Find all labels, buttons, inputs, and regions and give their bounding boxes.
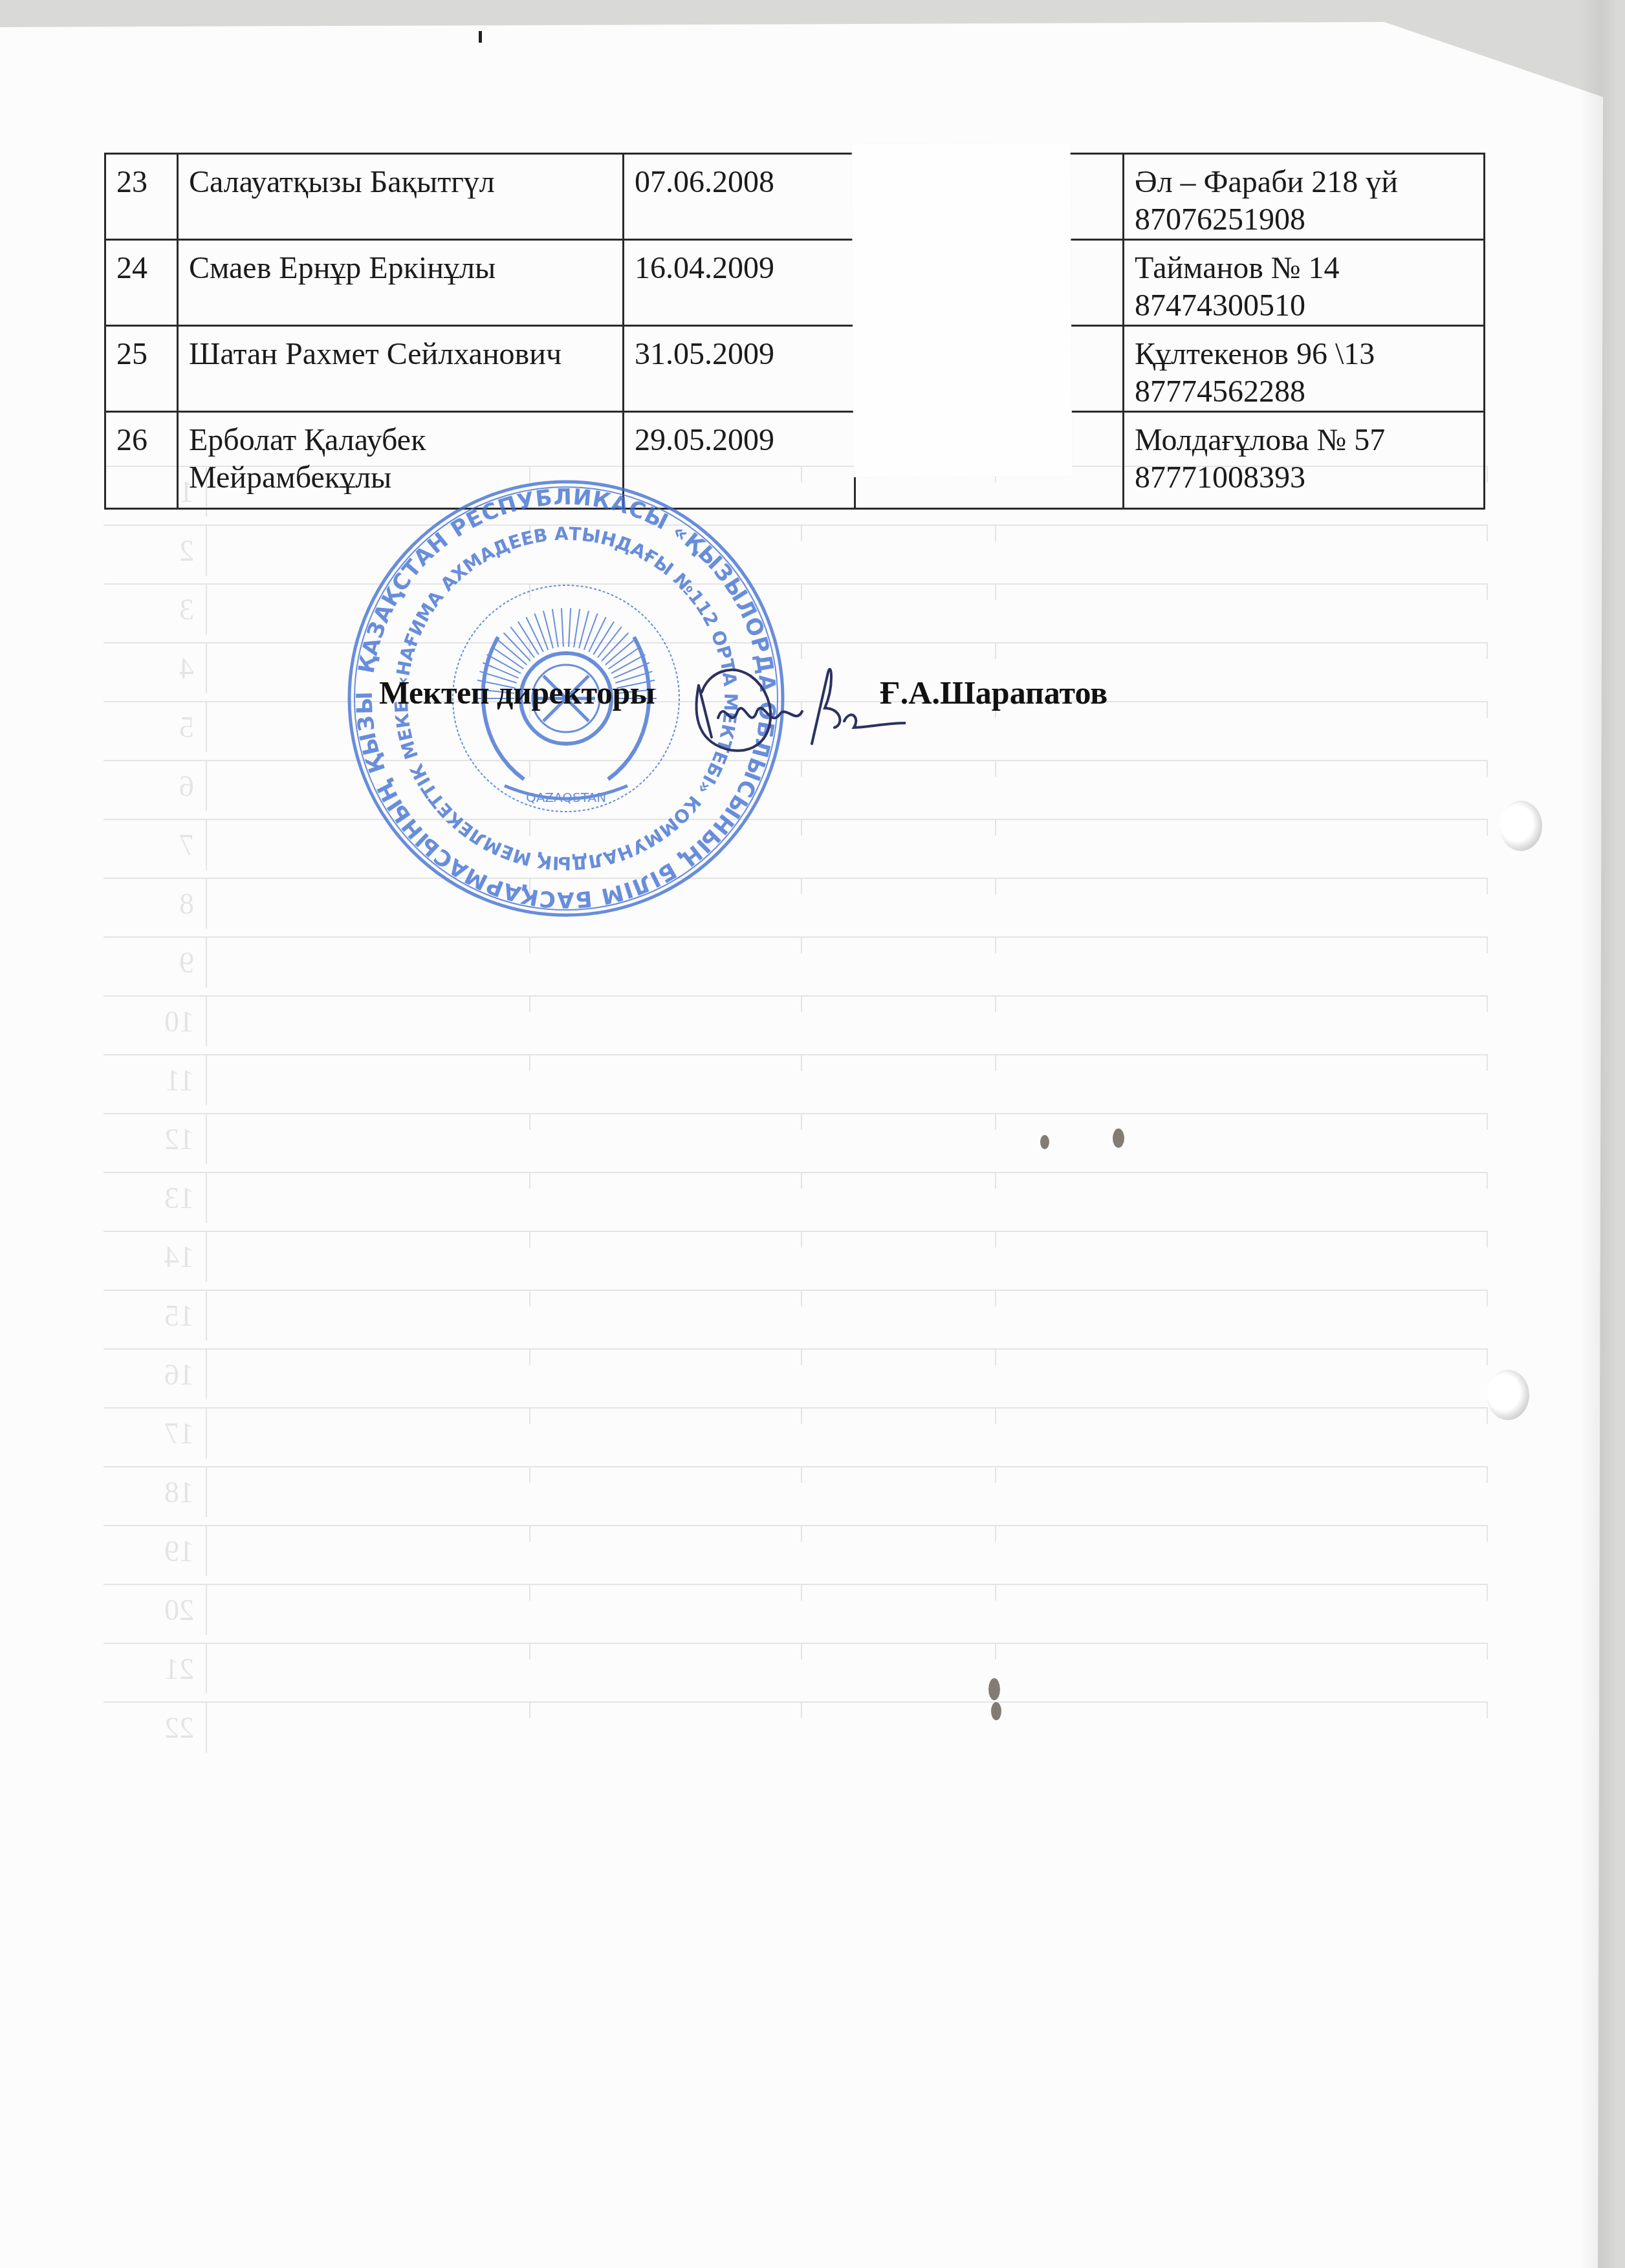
- show-through-row: 21: [104, 1643, 1488, 1701]
- punch-hole: [1500, 801, 1542, 851]
- show-through-row: 13: [104, 1172, 1488, 1231]
- show-through-cell: [207, 997, 530, 1012]
- show-through-cell: [802, 1526, 996, 1542]
- show-through-row: 10: [104, 995, 1488, 1054]
- show-through-cell: [207, 1232, 530, 1247]
- student-table: 23Салауатқызы Бақытгүл07.06.2008Әл – Фар…: [104, 153, 1485, 510]
- show-through-cell: 4: [104, 643, 207, 693]
- table-row: 26Ерболат Қалаубек Мейрамбекұлы29.05.200…: [105, 412, 1485, 509]
- show-through-cell: [802, 1350, 996, 1365]
- show-through-cell: [996, 585, 1488, 600]
- address-phone: Тайманов № 1487474300510: [1124, 240, 1485, 326]
- show-through-cell: 2: [104, 526, 207, 576]
- row-number: 26: [105, 412, 178, 509]
- show-through-cell: [802, 761, 996, 777]
- show-through-cell: [530, 997, 802, 1012]
- show-through-cell: [530, 1291, 802, 1306]
- show-through-cell: [996, 1585, 1488, 1601]
- student-name: Шатан Рахмет Сейлханович: [178, 326, 624, 412]
- table-row: 25Шатан Рахмет Сейлханович31.05.2009Құлт…: [105, 326, 1485, 412]
- show-through-cell: 10: [104, 997, 207, 1046]
- show-through-cell: [802, 997, 996, 1012]
- show-through-cell: [802, 1409, 996, 1424]
- show-through-row: 8: [104, 878, 1488, 936]
- show-through-cell: [530, 1467, 802, 1483]
- show-through-cell: [207, 1055, 530, 1071]
- show-through-cell: 22: [104, 1703, 207, 1753]
- ink-mark: [479, 31, 482, 43]
- show-through-cell: [996, 1291, 1488, 1306]
- paper-speck: [1040, 1135, 1049, 1149]
- handwritten-signature: [673, 647, 906, 757]
- address-phone: Молдағұлова № 5787771008393: [1124, 412, 1485, 509]
- show-through-cell: [530, 938, 802, 953]
- show-through-row: 18: [104, 1466, 1488, 1525]
- show-through-cell: [207, 938, 530, 953]
- show-through-cell: 6: [104, 761, 207, 811]
- show-through-cell: 3: [104, 585, 207, 634]
- show-through-cell: [207, 1173, 530, 1189]
- student-name: Смаев Ернұр Еркінұлы: [178, 240, 624, 326]
- director-title: Мектеп директоры: [379, 674, 655, 711]
- show-through-cell: [530, 1350, 802, 1365]
- show-through-row: 14: [104, 1231, 1488, 1290]
- paper-speck: [1113, 1129, 1124, 1148]
- show-through-cell: [530, 1055, 802, 1071]
- show-through-cell: 7: [104, 820, 207, 870]
- show-through-cell: [207, 1114, 530, 1130]
- phone-number: 87076251908: [1135, 201, 1473, 239]
- phone-number: 87774562288: [1135, 373, 1473, 411]
- phone-number: 87771008393: [1135, 459, 1473, 497]
- show-through-cell: [530, 1703, 802, 1718]
- show-through-cell: [802, 1232, 996, 1247]
- show-through-cell: [996, 1350, 1488, 1365]
- row-number: 24: [105, 240, 178, 326]
- show-through-cell: 15: [104, 1291, 207, 1341]
- show-through-cell: 9: [104, 938, 207, 988]
- show-through-cell: 21: [104, 1644, 207, 1694]
- show-through-row: 11: [104, 1054, 1488, 1113]
- show-through-cell: [802, 938, 996, 953]
- show-through-cell: [996, 1232, 1488, 1247]
- show-through-cell: [802, 1644, 996, 1659]
- show-through-cell: [530, 1114, 802, 1130]
- show-through-cell: [802, 879, 996, 894]
- show-through-cell: [530, 1232, 802, 1247]
- stamp-center-text: QAZAQSTAN: [526, 790, 606, 805]
- birth-date: 07.06.2008: [624, 154, 855, 240]
- punch-hole: [1487, 1370, 1529, 1420]
- row-number: 25: [105, 326, 178, 412]
- address: Молдағұлова № 57: [1135, 422, 1473, 459]
- show-through-cell: [996, 1055, 1488, 1071]
- show-through-cell: [802, 1703, 996, 1718]
- show-through-cell: [802, 1467, 996, 1483]
- show-through-cell: 8: [104, 879, 207, 929]
- show-through-cell: [996, 938, 1488, 953]
- director-name: Ғ.А.Шарапатов: [880, 674, 1107, 711]
- show-through-cell: 5: [104, 702, 207, 752]
- show-through-cell: [802, 1173, 996, 1189]
- show-through-cell: [802, 585, 996, 600]
- show-through-cell: [996, 526, 1488, 541]
- show-through-cell: [207, 1467, 530, 1483]
- show-through-cell: [996, 1173, 1488, 1189]
- paper-speck: [991, 1702, 1001, 1720]
- row-number: 23: [105, 154, 178, 240]
- show-through-row: 17: [104, 1407, 1488, 1466]
- show-through-cell: 12: [104, 1114, 207, 1164]
- show-through-cell: [207, 1350, 530, 1365]
- show-through-row: 22: [104, 1701, 1488, 1760]
- show-through-cell: [207, 1585, 530, 1601]
- show-through-cell: [996, 1644, 1488, 1659]
- show-through-cell: [802, 1585, 996, 1601]
- address-phone: Әл – Фараби 218 үй87076251908: [1124, 154, 1485, 240]
- address: Әл – Фараби 218 үй: [1135, 164, 1473, 201]
- address: Тайманов № 14: [1135, 250, 1473, 287]
- show-through-cell: [530, 1585, 802, 1601]
- show-through-row: 3: [104, 583, 1488, 642]
- show-through-cell: [207, 1409, 530, 1424]
- show-through-row: 19: [104, 1525, 1488, 1584]
- show-through-cell: [996, 1467, 1488, 1483]
- show-through-cell: [996, 820, 1488, 836]
- birth-date: 16.04.2009: [624, 240, 855, 326]
- table-row: 24Смаев Ернұр Еркінұлы16.04.2009Тайманов…: [105, 240, 1485, 326]
- show-through-cell: 13: [104, 1173, 207, 1223]
- paper-speck: [988, 1678, 1000, 1700]
- show-through-cell: [996, 643, 1488, 659]
- show-through-cell: [996, 1114, 1488, 1130]
- show-through-cell: 20: [104, 1585, 207, 1635]
- show-through-cell: [530, 1644, 802, 1659]
- show-through-cell: 14: [104, 1232, 207, 1282]
- show-through-row: 6: [104, 760, 1488, 819]
- show-through-cell: [996, 1703, 1488, 1718]
- show-through-cell: [996, 879, 1488, 894]
- birth-date: 31.05.2009: [624, 326, 855, 412]
- show-through-cell: [996, 1526, 1488, 1542]
- show-through-cell: [207, 1644, 530, 1659]
- show-through-cell: 19: [104, 1526, 207, 1576]
- show-through-row: 16: [104, 1348, 1488, 1407]
- show-through-cell: [996, 997, 1488, 1012]
- show-through-cell: [996, 761, 1488, 777]
- show-through-row: 7: [104, 819, 1488, 878]
- show-through-cell: [802, 1055, 996, 1071]
- address-phone: Құлтекенов 96 \1387774562288: [1124, 326, 1485, 412]
- redaction-patch: [852, 143, 1073, 477]
- show-through-cell: [530, 1173, 802, 1189]
- show-through-row: 20: [104, 1584, 1488, 1643]
- phone-number: 87474300510: [1135, 287, 1473, 325]
- show-through-row: 12: [104, 1113, 1488, 1172]
- show-through-cell: 16: [104, 1350, 207, 1399]
- table-row: 23Салауатқызы Бақытгүл07.06.2008Әл – Фар…: [105, 154, 1485, 240]
- show-through-cell: [207, 1291, 530, 1306]
- show-through-cell: [802, 1114, 996, 1130]
- student-name: Салауатқызы Бақытгүл: [178, 154, 624, 240]
- show-through-cell: [802, 526, 996, 541]
- show-through-row: 9: [104, 936, 1488, 995]
- show-through-cell: 18: [104, 1467, 207, 1517]
- show-through-cell: [207, 1526, 530, 1542]
- show-through-row: 2: [104, 524, 1488, 583]
- show-through-cell: [802, 820, 996, 836]
- show-through-cell: 17: [104, 1409, 207, 1458]
- address: Құлтекенов 96 \13: [1135, 336, 1473, 373]
- show-through-cell: [530, 1526, 802, 1542]
- show-through-cell: 11: [104, 1055, 207, 1105]
- show-through-row: 15: [104, 1290, 1488, 1348]
- show-through-cell: [802, 1291, 996, 1306]
- show-through-cell: [530, 1409, 802, 1424]
- show-through-cell: [996, 1409, 1488, 1424]
- show-through-cell: [207, 1703, 530, 1718]
